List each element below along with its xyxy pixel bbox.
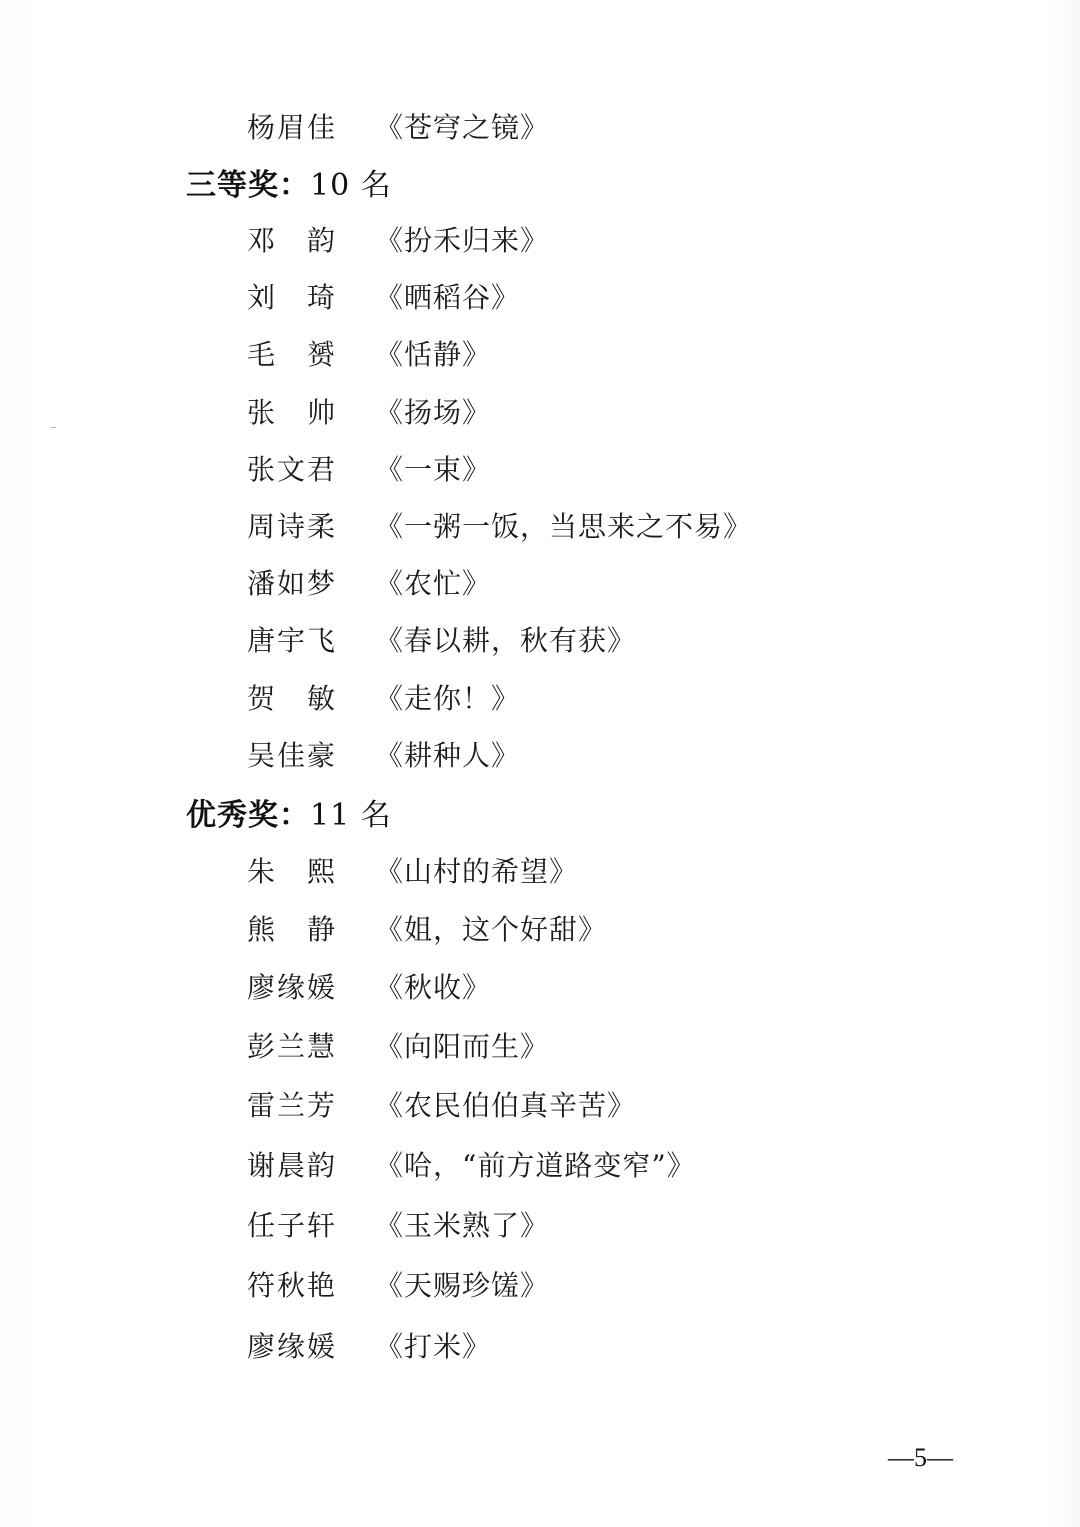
name-char: 朱	[247, 852, 275, 892]
entry-name: 周诗柔	[247, 507, 375, 547]
entry-title: 《苍穹之镜》	[375, 108, 549, 148]
entry-title: 《向阳而生》	[375, 1027, 549, 1067]
section-heading-label: 优秀奖：	[186, 798, 310, 833]
entry-name: 廖缘媛	[247, 1327, 375, 1367]
entry-name: 彭兰慧	[247, 1027, 375, 1067]
name-char: 毛	[247, 335, 275, 375]
entry-row: 谢晨韵 《哈，“前方道路变窄”》	[247, 1146, 696, 1186]
name-char: 帅	[307, 393, 335, 433]
entry-name: 刘 琦	[247, 278, 335, 318]
entry-row: 潘如梦 《农忙》	[247, 564, 491, 604]
entry-title: 《走你！》	[375, 679, 520, 719]
entry-row: 毛 赟 《恬静》	[247, 335, 491, 375]
entry-title: 《一粥一饭，当思来之不易》	[375, 507, 752, 547]
entry-title: 《天赐珍馐》	[375, 1266, 549, 1306]
entry-title: 《农忙》	[375, 564, 491, 604]
name-char: 琦	[307, 278, 335, 318]
entry-title: 《晒稻谷》	[375, 278, 520, 318]
entry-name: 廖缘媛	[247, 968, 375, 1008]
entry-row: 彭兰慧 《向阳而生》	[247, 1027, 549, 1067]
entry-row: 廖缘媛 《秋收》	[247, 968, 491, 1008]
section-heading-count: 11 名	[310, 798, 392, 833]
entry-row: 周诗柔 《一粥一饭，当思来之不易》	[247, 507, 752, 547]
entry-row: 符秋艳 《天赐珍馐》	[247, 1266, 549, 1306]
entry-row: 雷兰芳 《农民伯伯真辛苦》	[247, 1086, 636, 1126]
entry-title: 《恬静》	[375, 335, 491, 375]
entry-name: 吴佳豪	[247, 736, 375, 776]
entry-title: 《玉米熟了》	[375, 1206, 549, 1246]
scan-speck	[50, 427, 56, 428]
entry-title: 《农民伯伯真辛苦》	[375, 1086, 636, 1126]
section-heading-count: 10 名	[310, 168, 392, 203]
entry-title: 《打米》	[375, 1327, 491, 1367]
entry-row: 吴佳豪 《耕种人》	[247, 736, 520, 776]
entry-title: 《姐，这个好甜》	[375, 910, 607, 950]
name-char: 敏	[307, 679, 335, 719]
entry-row: 廖缘媛 《打米》	[247, 1327, 491, 1367]
entry-name: 贺 敏	[247, 679, 335, 719]
entry-title: 《秋收》	[375, 968, 491, 1008]
name-char: 赟	[307, 335, 335, 375]
entry-name: 谢晨韵	[247, 1146, 375, 1186]
entry-title: 《耕种人》	[375, 736, 520, 776]
name-char: 邓	[247, 221, 275, 261]
entry-title: 《哈，“前方道路变窄”》	[375, 1146, 696, 1186]
entry-row: 张文君 《一束》	[247, 450, 491, 490]
name-char: 刘	[247, 278, 275, 318]
entry-title: 《山村的希望》	[375, 852, 578, 892]
entry-row: 刘 琦 《晒稻谷》	[247, 278, 520, 318]
entry-row: 邓 韵 《扮禾归来》	[247, 221, 549, 261]
name-char: 张	[247, 393, 275, 433]
entry-name: 符秋艳	[247, 1266, 375, 1306]
section-heading-third-prize: 三等奖：10 名	[186, 164, 392, 208]
entry-name: 熊 静	[247, 910, 335, 950]
entry-row: 杨眉佳 《苍穹之镜》	[247, 108, 549, 148]
entry-row: 张 帅 《扬场》	[247, 393, 491, 433]
entry-row: 熊 静 《姐，这个好甜》	[247, 910, 607, 950]
entry-row: 朱 熙 《山村的希望》	[247, 852, 578, 892]
entry-name: 张 帅	[247, 393, 335, 433]
entry-name: 朱 熙	[247, 852, 335, 892]
entry-row: 贺 敏 《走你！》	[247, 679, 520, 719]
entry-name: 张文君	[247, 450, 375, 490]
entry-title: 《扮禾归来》	[375, 221, 549, 261]
entry-title: 《春以耕，秋有获》	[375, 621, 636, 661]
entry-name: 毛 赟	[247, 335, 335, 375]
entry-title: 《一束》	[375, 450, 491, 490]
entry-row: 唐宇飞 《春以耕，秋有获》	[247, 621, 636, 661]
name-char: 熙	[307, 852, 335, 892]
name-char: 贺	[247, 679, 275, 719]
name-char: 静	[307, 910, 335, 950]
entry-name: 杨眉佳	[247, 108, 375, 148]
name-char: 韵	[307, 221, 335, 261]
entry-name: 雷兰芳	[247, 1086, 375, 1126]
entry-name: 任子轩	[247, 1206, 375, 1246]
name-char: 熊	[247, 910, 275, 950]
entry-name: 潘如梦	[247, 564, 375, 604]
section-heading-label: 三等奖：	[186, 168, 310, 203]
page-number: —5—	[888, 1440, 953, 1476]
entry-row: 任子轩 《玉米熟了》	[247, 1206, 549, 1246]
document-page: 杨眉佳 《苍穹之镜》 三等奖：10 名 邓 韵 《扮禾归来》 刘 琦 《晒稻谷》…	[0, 0, 1080, 1527]
section-heading-excellence-award: 优秀奖：11 名	[186, 794, 392, 838]
entry-name: 唐宇飞	[247, 621, 375, 661]
entry-title: 《扬场》	[375, 393, 491, 433]
entry-name: 邓 韵	[247, 221, 335, 261]
